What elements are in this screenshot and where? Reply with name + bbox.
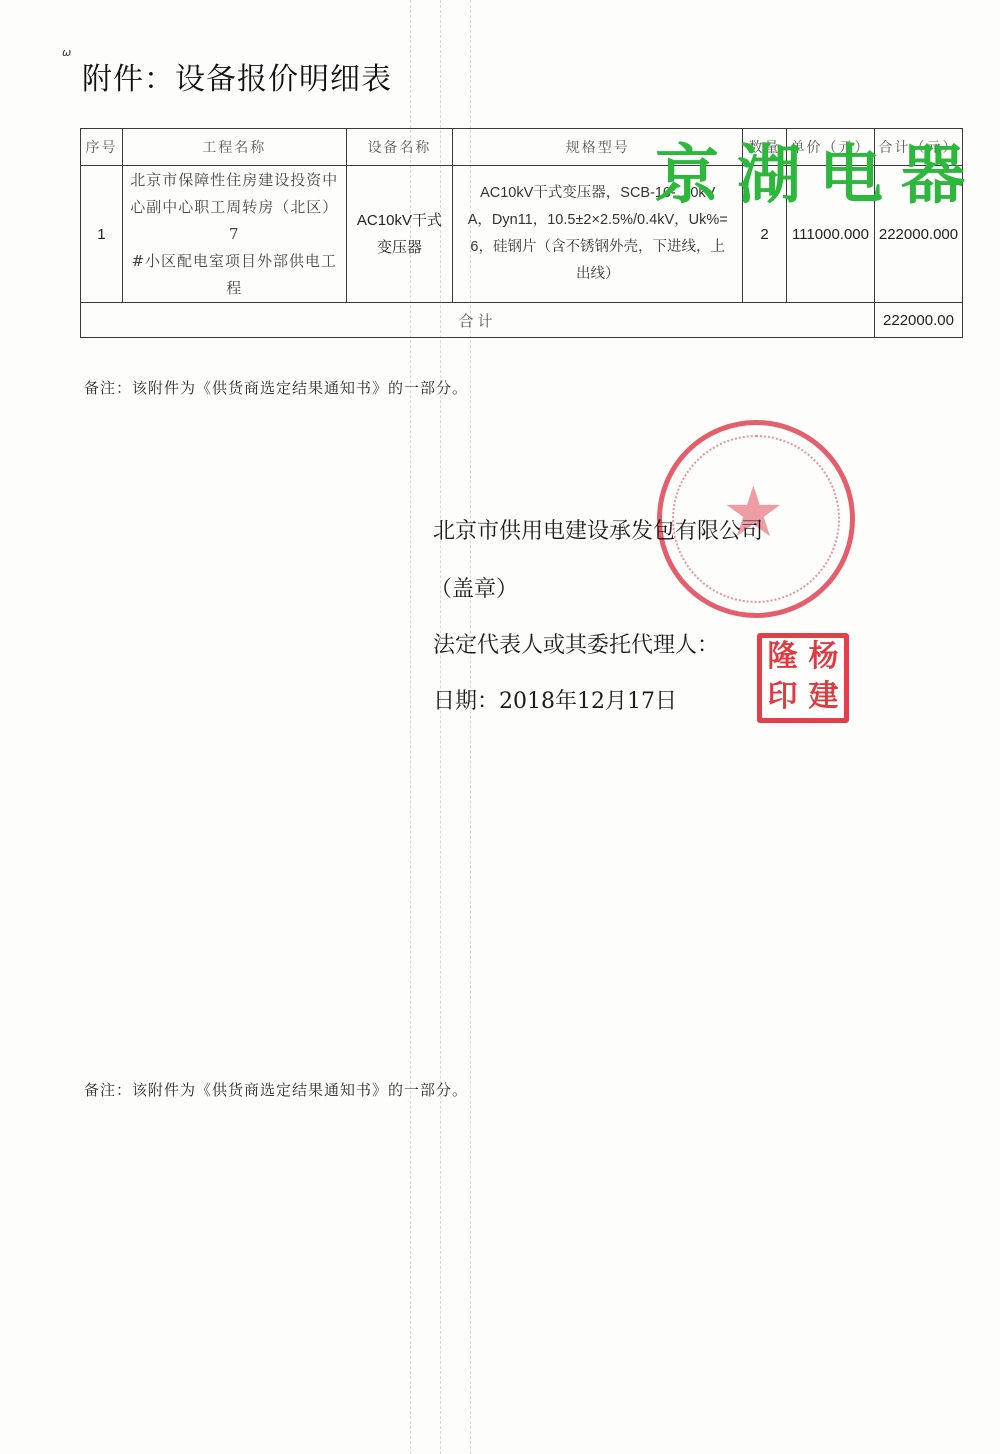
header-index: 序号 xyxy=(81,129,123,166)
project-line: 北京市保障性住房建设投资中 xyxy=(126,167,343,194)
spec-line: 6，硅钢片（含不锈钢外壳，下进线，上 xyxy=(456,234,739,261)
spec-line: 出线） xyxy=(456,261,739,288)
header-equipment-name: 设备名称 xyxy=(346,129,453,166)
total-value: 222000.00 xyxy=(874,303,962,338)
date-label: 日期：2018年12月17日 xyxy=(433,684,677,715)
header-project-name: 工程名称 xyxy=(122,129,346,166)
watermark-text: 京湖电器 xyxy=(655,140,983,212)
table-total-row: 合计 222000.00 xyxy=(81,303,963,338)
note-top: 备注：该附件为《供货商选定结果通知书》的一部分。 xyxy=(84,377,468,398)
row-index: 1 xyxy=(81,166,123,303)
row-equipment-name: AC10kV干式 变压器 xyxy=(346,166,453,303)
page-title: 附件：设备报价明细表 xyxy=(82,54,392,98)
seal-char: 隆 xyxy=(762,638,803,678)
project-line: 心副中心职工周转房（北区）7 xyxy=(126,194,343,248)
total-label: 合计 xyxy=(81,303,875,338)
equipment-line: 变压器 xyxy=(350,234,450,261)
seal-char: 建 xyxy=(803,678,844,718)
project-line: #小区配电室项目外部供电工程 xyxy=(126,248,343,302)
seal-char: 印 xyxy=(762,678,803,718)
company-name: 北京市供用电建设承发包有限公司 xyxy=(433,514,763,545)
row-project-name: 北京市保障性住房建设投资中 心副中心职工周转房（北区）7 #小区配电室项目外部供… xyxy=(122,166,346,303)
seal-label: （盖章） xyxy=(430,572,518,603)
representative-label: 法定代表人或其委托代理人： xyxy=(433,628,719,659)
corner-mark: ω xyxy=(62,46,71,59)
note-bottom: 备注：该附件为《供货商选定结果通知书》的一部分。 xyxy=(84,1079,468,1100)
seal-char: 杨 xyxy=(803,638,844,678)
personal-seal-icon: 隆 杨 印 建 xyxy=(757,633,849,723)
equipment-line: AC10kV干式 xyxy=(350,207,450,234)
